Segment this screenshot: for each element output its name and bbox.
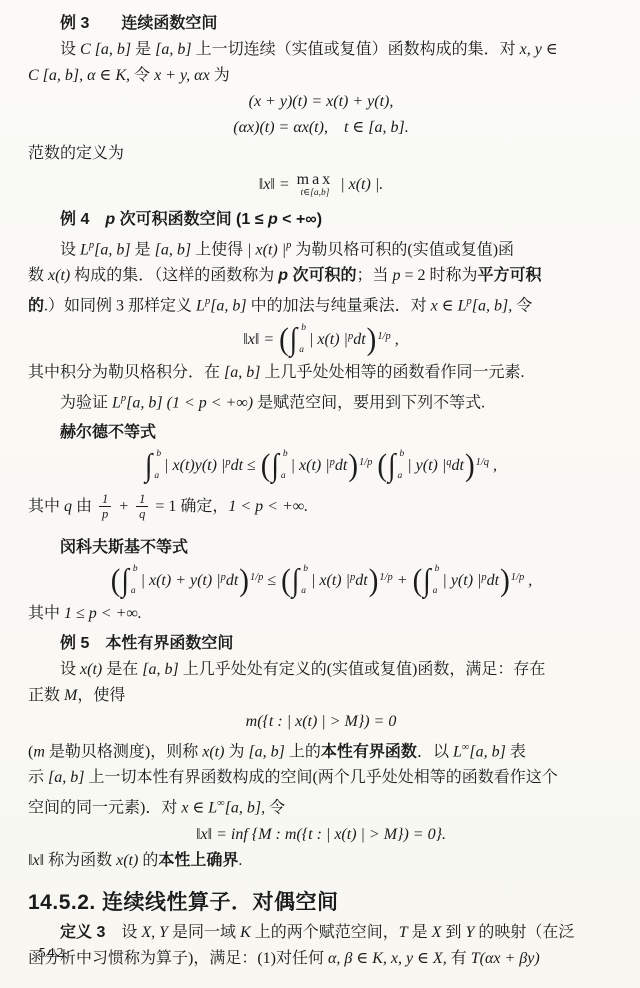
text-segment: 称为函数	[44, 852, 116, 869]
text-segment	[372, 453, 376, 479]
text-segment: (	[279, 326, 289, 354]
integral-icon: ∫ba	[292, 563, 311, 599]
text-segment: ‖x‖	[28, 852, 44, 869]
definition-3-body-line-2: 函分析中习惯称为算子)，满足：(1)对任何 α, β ∈ K, x, y ∈ X…	[28, 946, 614, 972]
text-segment: 正数	[28, 687, 64, 704]
text-segment: dt	[353, 327, 365, 353]
text-segment: x(t)	[202, 743, 224, 760]
text-segment: X, Y	[141, 924, 168, 941]
text-segment: 本性有界函数	[321, 743, 417, 760]
text-segment: 设	[105, 924, 141, 941]
text-segment: ∫	[121, 568, 128, 593]
text-segment: 是同一域	[168, 924, 240, 941]
text-segment: 的	[138, 852, 158, 869]
text-segment: (	[111, 567, 121, 595]
text-segment: (	[413, 567, 423, 595]
text-segment: a	[279, 472, 288, 482]
text-segment: 上的两个赋范空间，	[251, 924, 399, 941]
text-segment: 的映射（在泛	[474, 924, 574, 941]
text-segment: 函分析中习惯称为算子)，满足：(1)对任何	[28, 950, 328, 967]
text-segment: ≤	[263, 568, 280, 594]
addition-formula: (x + y)(t) = x(t) + y(t),	[28, 89, 614, 115]
text-segment: 例 5 本性有界函数空间	[60, 635, 233, 652]
text-segment: ∫	[292, 568, 299, 593]
text-segment: 到	[441, 924, 465, 941]
text-segment: ，使得	[77, 687, 125, 704]
text-segment: 令	[130, 67, 154, 84]
text-segment: 上一切连续（实值或复值）函数构成的集．对	[192, 41, 520, 58]
integral-icon: ∫ba	[290, 322, 309, 358]
text-segment: x(t)	[48, 267, 70, 284]
text-segment: max	[297, 172, 334, 189]
example-5-body-line-5: 空间的同一元素)．对 x ∈ L∞[a, b], 令	[28, 791, 614, 821]
text-segment: ≤	[243, 453, 260, 479]
text-segment: | y(t) |	[407, 453, 446, 479]
example-5-body-line-1: 设 x(t) 是在 [a, b] 上几乎处处有定义的(实值或复值)函数，满足：存…	[28, 657, 614, 683]
text-segment: < +∞)	[278, 211, 322, 228]
text-segment: T(αx + βy)	[471, 950, 540, 967]
text-segment: 1/p	[377, 324, 390, 350]
text-segment: t∈[a,b]	[300, 189, 329, 199]
text-segment: 1 < p < +∞.	[228, 494, 308, 520]
text-segment: 1/q	[476, 450, 489, 476]
text-segment: 1 ≤ p < +∞.	[64, 605, 142, 622]
text-segment: C [a, b], α ∈ K,	[28, 67, 130, 84]
fraction: 1q	[136, 492, 148, 522]
text-segment: (αx)(t) = αx(t), t ∈ [a, b].	[233, 119, 408, 136]
text-segment: 1	[99, 492, 111, 507]
text-segment: 为	[210, 67, 230, 84]
text-segment: 1	[136, 492, 148, 507]
measure-formula: m({t : | x(t) | > M}) = 0	[28, 709, 614, 735]
text-segment: 设	[60, 241, 80, 258]
text-segment: [a, b]	[224, 364, 260, 381]
text-segment: [a, b]	[469, 743, 505, 760]
minkowski-title: 闵科夫斯基不等式	[28, 534, 614, 561]
text-segment: 1/p	[250, 565, 263, 591]
text-segment: ∫	[423, 568, 430, 593]
text-segment: m	[33, 743, 45, 760]
text-segment: b	[301, 324, 306, 334]
text-segment: a	[297, 346, 306, 356]
text-segment: 是勒贝格测度)，则称	[45, 743, 202, 760]
integral-icon: ∫ba	[388, 448, 407, 484]
text-segment: b	[133, 565, 138, 575]
text-segment: 表	[506, 743, 526, 760]
text-segment: dt	[335, 453, 347, 479]
text-segment: L	[112, 394, 121, 411]
text-segment: | x(t) + y(t) |	[141, 568, 221, 594]
text-segment: [a, b]	[248, 743, 284, 760]
text-segment: X	[432, 924, 442, 941]
fraction: 1p	[99, 492, 111, 522]
text-segment: ∞	[217, 798, 225, 809]
text-segment: dt	[452, 453, 464, 479]
text-segment: b	[156, 450, 161, 460]
text-segment: x ∈ L	[431, 298, 467, 315]
text-segment: )	[239, 567, 249, 595]
text-segment: 是	[408, 924, 432, 941]
example-4-body-line-3: 的.）如同例 3 那样定义 Lp[a, b] 中的加法与纯量乘法．对 x ∈ L…	[28, 289, 614, 319]
text-segment: ∫	[290, 327, 297, 352]
text-segment: [a, b]	[94, 241, 130, 258]
text-segment: a	[396, 472, 405, 482]
text-segment: a	[431, 587, 440, 597]
text-segment: x(t)	[116, 852, 138, 869]
text-segment: [a, b]	[155, 241, 191, 258]
text-segment: b	[303, 565, 308, 575]
text-segment: 令	[265, 800, 285, 817]
example-5-body-line-2: 正数 M，使得	[28, 683, 614, 709]
text-segment: q	[64, 494, 72, 520]
holder-formula: ∫ba| x(t)y(t) |pdt ≤ (∫ba| x(t) |pdt)1/p…	[28, 446, 614, 486]
text-segment: 数	[28, 267, 48, 284]
text-segment: 为验证	[60, 394, 112, 411]
example-3-body-line-2: C [a, b], α ∈ K, 令 x + y, αx 为	[28, 63, 614, 89]
text-segment: 平方可积	[478, 267, 542, 284]
text-segment: ba	[297, 322, 306, 358]
text-segment: C [a, b]	[80, 41, 131, 58]
text-segment: | x(t) |	[291, 453, 330, 479]
text-segment: ba	[129, 563, 138, 599]
text-segment: 设	[60, 661, 80, 678]
text-segment: 14.5.2. 连续线性算子．对偶空间	[28, 891, 339, 914]
text-segment: 例 3 连续函数空间	[60, 15, 217, 32]
text-segment: 1/p	[359, 450, 372, 476]
text-segment: 次可积函数空间 (1 ≤	[115, 211, 268, 228]
text-segment: )	[348, 452, 358, 480]
text-segment: .）如同例 3 那样定义	[44, 298, 196, 315]
text-segment: 其中	[28, 494, 64, 520]
text-segment: = 2 时称为	[400, 267, 477, 284]
text-segment: 令	[512, 298, 532, 315]
text-segment: a	[129, 587, 138, 597]
text-segment: M	[64, 687, 77, 704]
text-segment: dt	[355, 568, 367, 594]
text-segment: b	[400, 450, 405, 460]
text-segment: 上几乎处处有定义的(实值或复值)函数，满足：存在	[179, 661, 546, 678]
text-segment: 本性上确界	[158, 852, 238, 869]
text-segment: 闵科夫斯基不等式	[60, 539, 188, 556]
text-segment: b	[435, 565, 440, 575]
sup-norm-formula: ‖x‖ = maxt∈[a,b] | x(t) |.	[28, 167, 614, 203]
text-segment: +	[114, 494, 133, 520]
text-segment: [a, b],	[472, 298, 512, 315]
text-segment: ‖x‖ =	[243, 327, 278, 353]
text-segment: 空间的同一元素)．对	[28, 800, 181, 817]
text-segment: a	[299, 587, 308, 597]
lebesgue-note: 其中积分为勒贝格积分．在 [a, b] 上几乎处处相等的函数看作同一元素.	[28, 360, 614, 386]
text-segment: )	[465, 452, 475, 480]
scalar-formula: (αx)(t) = αx(t), t ∈ [a, b].	[28, 115, 614, 141]
section-14-5-2-heading: 14.5.2. 连续线性算子．对偶空间	[28, 886, 614, 920]
text-segment: 1/p	[379, 565, 392, 591]
text-segment: 构成的集．（这样的函数称为	[70, 267, 278, 284]
example-3-title: 例 3 连续函数空间	[28, 10, 614, 37]
text-segment: L	[453, 743, 462, 760]
text-segment: (	[281, 567, 291, 595]
text-segment: 为勒贝格可积的(实值或复值)函	[291, 241, 514, 258]
integral-icon: ∫ba	[121, 563, 140, 599]
text-segment: dt	[487, 568, 499, 594]
text-segment: (x + y)(t) = x(t) + y(t),	[249, 93, 394, 110]
text-segment: 上的	[285, 743, 321, 760]
text-segment: | x(t)y(t) |	[164, 453, 225, 479]
text-segment: ba	[396, 448, 405, 484]
book-page: 例 3 连续函数空间设 C [a, b] 是 [a, b] 上一切连续（实值或复…	[0, 0, 640, 988]
text-segment: (	[377, 452, 387, 480]
text-segment: +	[393, 568, 412, 594]
example-4-body-line-2: 数 x(t) 构成的集．（这样的函数称为 p 次可积的；当 p = 2 时称为平…	[28, 263, 614, 289]
text-segment: 其中积分为勒贝格积分．在	[28, 364, 224, 381]
integral-icon: ∫ba	[271, 448, 290, 484]
text-segment: )	[369, 567, 379, 595]
text-segment: 是	[131, 41, 155, 58]
text-segment: 有	[447, 950, 471, 967]
text-segment: 是赋范空间，要用到下列不等式.	[253, 394, 485, 411]
text-segment: | y(t) |	[442, 568, 481, 594]
text-segment: 是	[131, 241, 155, 258]
norm-intro: 范数的定义为	[28, 141, 614, 167]
example-5-title: 例 5 本性有界函数空间	[28, 630, 614, 657]
text-segment: K	[240, 924, 251, 941]
text-segment: x + y, αx	[154, 67, 210, 84]
text-segment: 由	[72, 494, 96, 520]
text-segment: ∫	[271, 453, 278, 478]
text-segment: .	[238, 852, 242, 869]
text-segment: p	[105, 211, 115, 228]
text-segment: 上几乎处处相等的函数看作同一元素.	[260, 364, 524, 381]
text-segment: ‖x‖ = inf {M : m({t : | x(t) | > M}) = 0…	[196, 826, 446, 843]
page-content: 例 3 连续函数空间设 C [a, b] 是 [a, b] 上一切连续（实值或复…	[0, 0, 640, 972]
scan-artifact-dot	[406, 41, 409, 44]
text-segment: [a, b],	[225, 800, 265, 817]
text-segment: ba	[299, 563, 308, 599]
text-segment: a	[152, 472, 161, 482]
text-segment: 为	[224, 743, 248, 760]
text-segment: ∫	[388, 453, 395, 478]
lp-norm-formula: ‖x‖ = (∫ba| x(t) |pdt)1/p ,	[28, 320, 614, 360]
text-segment: ∫	[145, 453, 152, 478]
text-segment: 设	[60, 41, 80, 58]
text-segment: | x(t) |	[247, 241, 286, 258]
text-segment: b	[283, 450, 288, 460]
text-segment: 次可积的	[288, 267, 356, 284]
text-segment: (	[261, 452, 271, 480]
text-segment: )	[500, 567, 510, 595]
page-number: ·542·	[32, 946, 72, 962]
text-segment: x(t)	[80, 661, 102, 678]
ess-sup-formula: ‖x‖ = inf {M : m({t : | x(t) | > M}) = 0…	[28, 822, 614, 848]
text-segment: ba	[152, 448, 161, 484]
text-segment: m({t : | x(t) | > M}) = 0	[246, 713, 397, 730]
text-segment: 其中	[28, 605, 64, 622]
text-segment: )	[367, 326, 377, 354]
text-segment: L	[80, 241, 89, 258]
text-segment: 上一切本性有界函数构成的空间(两个几乎处处相等的函数看作这个	[84, 769, 557, 786]
text-segment: 1/p	[511, 565, 524, 591]
text-segment: q	[136, 507, 148, 521]
example-4-title: 例 4 p 次可积函数空间 (1 ≤ p < +∞)	[28, 206, 614, 233]
holder-title: 赫尔德不等式	[28, 419, 614, 446]
text-segment: 定义 3	[60, 924, 105, 941]
text-segment: ba	[431, 563, 440, 599]
text-segment: [a, b] (1 < p < +∞)	[126, 394, 253, 411]
text-segment: ‖x‖ =	[259, 172, 294, 198]
minkowski-formula: (∫ba| x(t) + y(t) |pdt)1/p ≤ (∫ba| x(t) …	[28, 561, 614, 601]
text-segment: [a, b]	[142, 661, 178, 678]
text-segment: | x(t) |.	[336, 172, 383, 198]
text-segment: dt	[231, 453, 243, 479]
text-segment: α, β ∈ K, x, y ∈ X,	[328, 950, 447, 967]
text-segment: [a, b]	[210, 298, 246, 315]
text-segment: 示	[28, 769, 48, 786]
inequality-intro: 为验证 Lp[a, b] (1 < p < +∞) 是赋范空间，要用到下列不等式…	[28, 386, 614, 416]
integral-icon: ∫ba	[145, 448, 164, 484]
text-segment: 例 4	[60, 211, 105, 228]
text-segment: L	[196, 298, 205, 315]
text-segment: [a, b]	[48, 769, 84, 786]
text-segment: 中的加法与纯量乘法．对	[247, 298, 431, 315]
minkowski-condition: 其中 1 ≤ p < +∞.	[28, 601, 614, 627]
text-segment: ba	[279, 448, 288, 484]
ess-sup-note: ‖x‖ 称为函数 x(t) 的本性上确界.	[28, 848, 614, 874]
text-segment: p	[99, 507, 111, 521]
text-segment: ．以	[417, 743, 453, 760]
text-segment: 的	[28, 298, 44, 315]
text-segment: ；当	[356, 267, 392, 284]
example-4-body-line-1: 设 Lp[a, b] 是 [a, b] 上使得 | x(t) |p 为勒贝格可积…	[28, 233, 614, 263]
text-segment: dt	[226, 568, 238, 594]
text-segment: | x(t) |	[311, 568, 350, 594]
text-segment: p	[268, 211, 278, 228]
text-segment: ,	[489, 453, 497, 479]
example-3-body-line-1: 设 C [a, b] 是 [a, b] 上一切连续（实值或复值）函数构成的集．对…	[28, 37, 614, 63]
text-segment: 赫尔德不等式	[60, 424, 156, 441]
text-segment: T	[399, 924, 408, 941]
max-operator: maxt∈[a,b]	[297, 172, 334, 198]
text-segment: [a, b]	[155, 41, 191, 58]
text-segment: ,	[524, 568, 532, 594]
example-5-body-line-3: (m 是勒贝格测度)，则称 x(t) 为 [a, b] 上的本性有界函数．以 L…	[28, 735, 614, 765]
text-segment: = 1 确定，	[151, 494, 228, 520]
text-segment: 范数的定义为	[28, 145, 124, 162]
text-segment: | x(t) |	[309, 327, 348, 353]
text-segment: x ∈ L	[181, 800, 217, 817]
example-5-body-line-4: 示 [a, b] 上一切本性有界函数构成的空间(两个几乎处处相等的函数看作这个	[28, 765, 614, 791]
text-segment: p	[278, 267, 288, 284]
integral-icon: ∫ba	[423, 563, 442, 599]
text-segment: ,	[391, 327, 399, 353]
holder-condition: 其中 q 由 1p + 1q = 1 确定，1 < p < +∞.	[28, 486, 614, 528]
text-segment: 上使得	[191, 241, 247, 258]
text-segment: x, y ∈	[520, 41, 558, 58]
text-segment: 是在	[102, 661, 142, 678]
definition-3-body-line-1: 定义 3 设 X, Y 是同一域 K 上的两个赋范空间，T 是 X 到 Y 的映…	[28, 920, 614, 946]
